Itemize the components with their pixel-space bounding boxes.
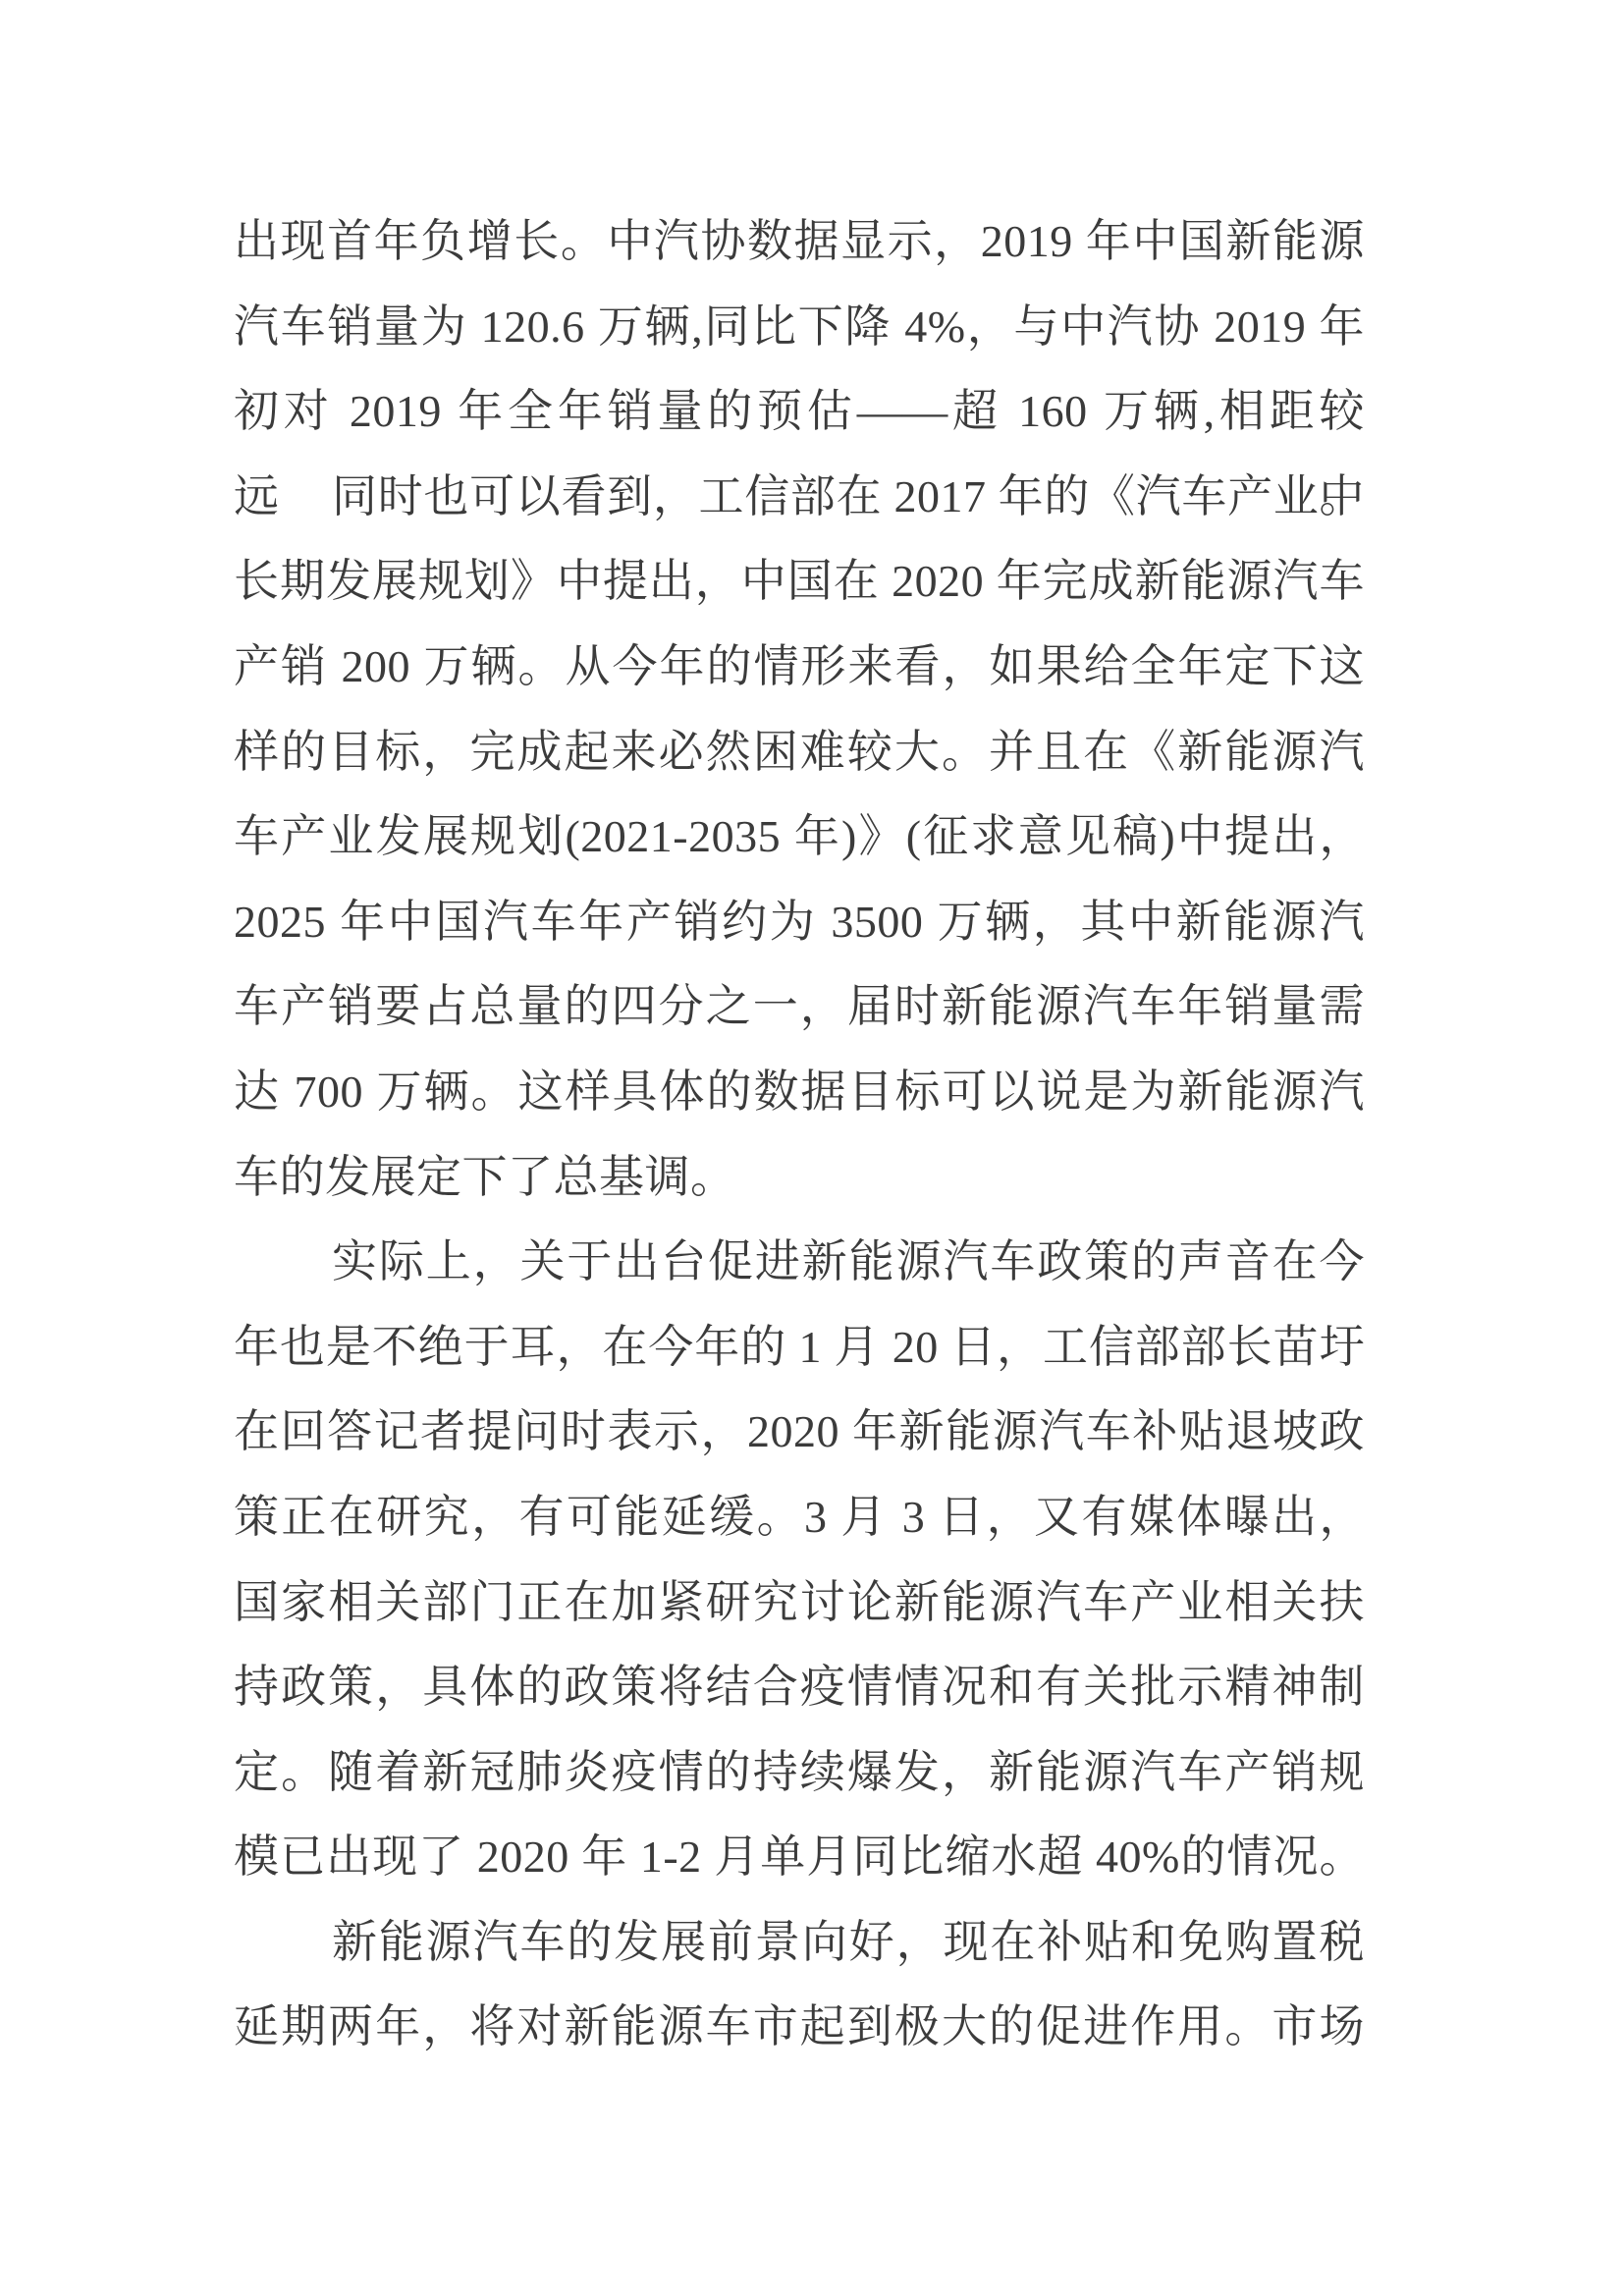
body-text: 出现首年负增长。中汽协数据显示，2019 年中国新能源 汽车销量为 120.6 … [234, 199, 1365, 2070]
text-line: 2025 年中国汽车年产销约为 3500 万辆，其中新能源汽 [234, 880, 1365, 965]
text-line: 同时也可以看到，工信部在 2017 年的《汽车产业中 [234, 455, 1365, 540]
text-line: 车产业发展规划(2021-2035 年)》(征求意见稿)中提出， [234, 794, 1365, 880]
text-line: 持政策，具体的政策将结合疫情情况和有关批示精神制 [234, 1645, 1365, 1730]
text-line: 定。随着新冠肺炎疫情的持续爆发，新能源汽车产销规 [234, 1730, 1365, 1816]
text-line: 长期发展规划》中提出，中国在 2020 年完成新能源汽车 [234, 539, 1365, 625]
text-line: 年也是不绝于耳，在今年的 1 月 20 日，工信部部长苗圩 [234, 1305, 1365, 1391]
text-line: 出现首年负增长。中汽协数据显示，2019 年中国新能源 [234, 199, 1365, 285]
text-line: 初对 2019 年全年销量的预估——超 160 万辆,相距较远。 [234, 369, 1365, 455]
text-line: 产销 200 万辆。从今年的情形来看，如果给全年定下这 [234, 625, 1365, 710]
text-line: 车的发展定下了总基调。 [234, 1135, 1365, 1221]
text-line: 新能源汽车的发展前景向好，现在补贴和免购置税 [234, 1900, 1365, 1986]
text-line: 策正在研究，有可能延缓。3 月 3 日，又有媒体曝出， [234, 1475, 1365, 1560]
text-line: 样的目标，完成起来必然困难较大。并且在《新能源汽 [234, 710, 1365, 795]
text-line: 实际上，关于出台促进新能源汽车政策的声音在今 [234, 1220, 1365, 1305]
document-page: 出现首年负增长。中汽协数据显示，2019 年中国新能源 汽车销量为 120.6 … [0, 0, 1623, 2296]
text-line: 汽车销量为 120.6 万辆,同比下降 4%，与中汽协 2019 年 [234, 285, 1365, 370]
text-line: 模已出现了 2020 年 1-2 月单月同比缩水超 40%的情况。 [234, 1815, 1365, 1900]
text-line: 国家相关部门正在加紧研究讨论新能源汽车产业相关扶 [234, 1560, 1365, 1646]
text-line: 达 700 万辆。这样具体的数据目标可以说是为新能源汽 [234, 1050, 1365, 1135]
text-line: 在回答记者提问时表示，2020 年新能源汽车补贴退坡政 [234, 1390, 1365, 1475]
text-line: 延期两年，将对新能源车市起到极大的促进作用。市场 [234, 1985, 1365, 2070]
text-line: 车产销要占总量的四分之一，届时新能源汽车年销量需 [234, 964, 1365, 1050]
